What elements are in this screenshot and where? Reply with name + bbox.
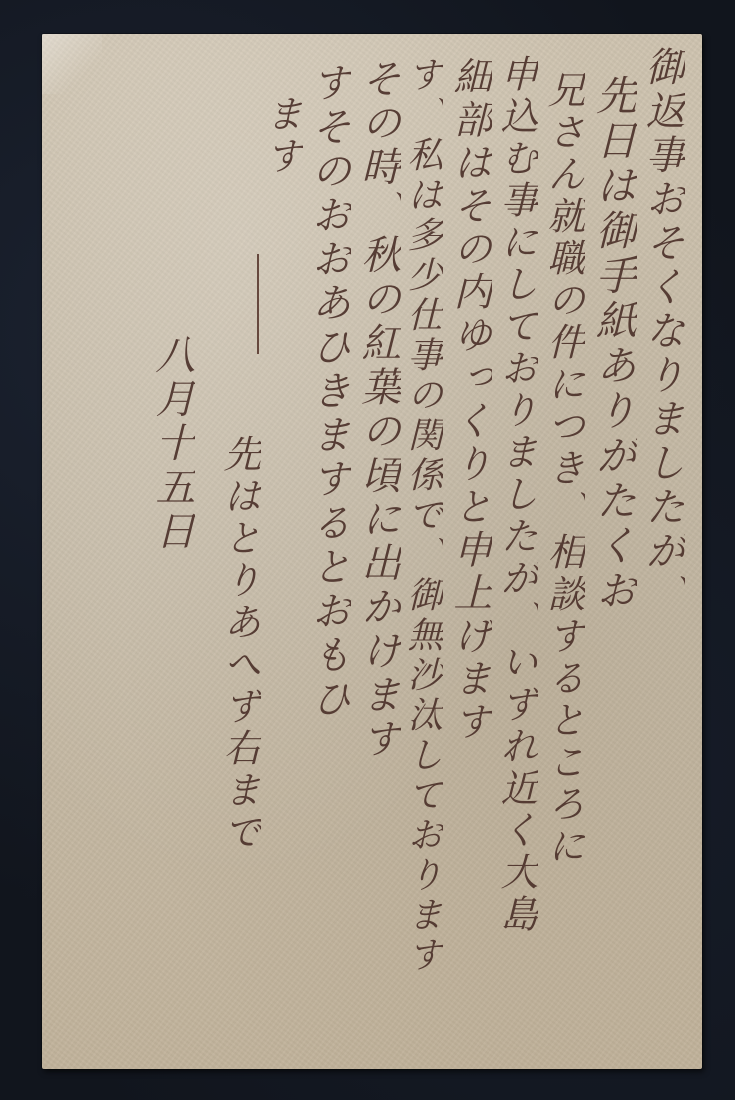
text-column-2: 先日は御手紙ありがたくお	[592, 74, 633, 614]
text-column-11: 先はとりあへず右まで	[220, 434, 258, 854]
text-column-5: 細部はその内ゆっくりと申上げます	[450, 56, 489, 744]
text-column-9: ます	[262, 94, 300, 178]
text-column-6: す、私は多少仕事の関係で、御無沙汰しております	[404, 56, 440, 976]
postcard: 御返事おそくなりましたが、 先日は御手紙ありがたくお 兄さん就職の件につき、相談…	[42, 34, 702, 1069]
text-column-1: 御返事おそくなりましたが、	[642, 46, 682, 618]
text-column-7: その時、秋の紅葉の頃に出かけます	[358, 58, 398, 762]
text-column-8: すそのおおあひきまするとおもひ	[308, 62, 348, 722]
date-signature: 八月十五日	[152, 334, 192, 554]
text-column-4: 申込む事にしておりましたが、いずれ近く大島	[497, 54, 535, 936]
text-column-10	[257, 254, 259, 354]
text-column-3: 兄さん就職の件につき、相談するところに	[544, 70, 582, 868]
